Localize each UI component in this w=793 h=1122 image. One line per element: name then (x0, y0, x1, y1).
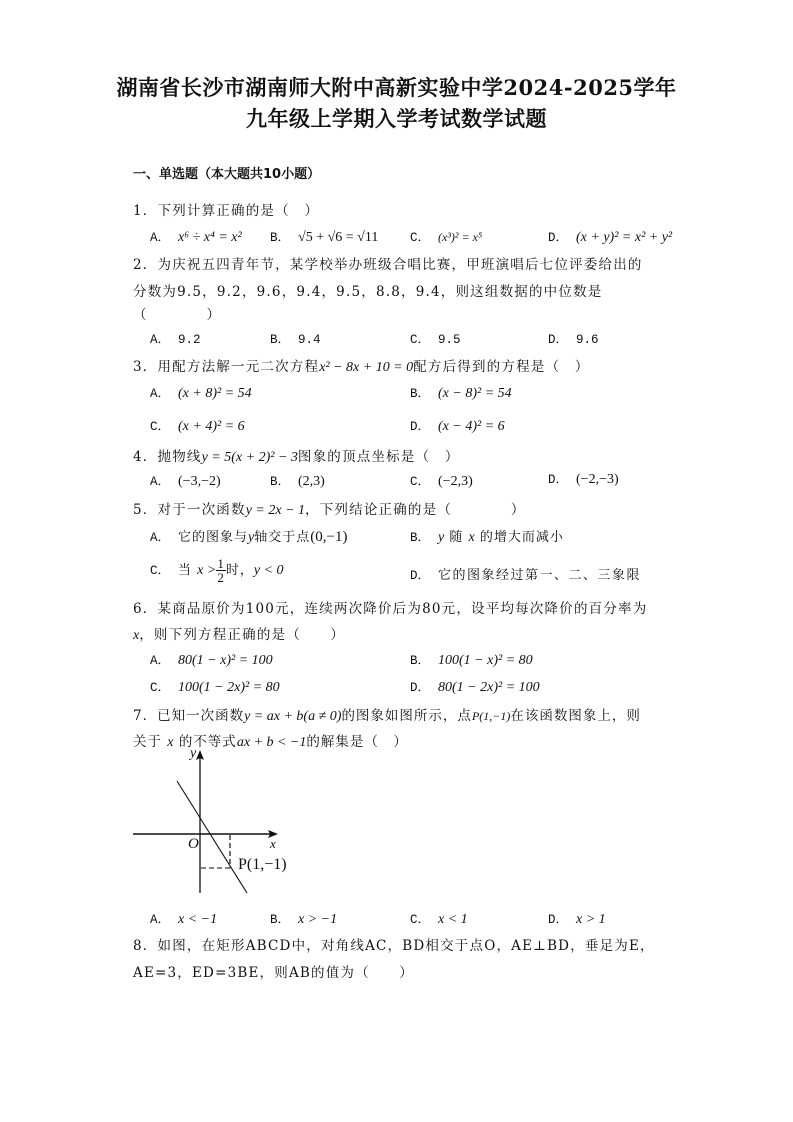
question-4-option-a: A．(−3,−2) (150, 471, 221, 490)
question-6-option-c: C．100(1 − 2x)² = 80 (150, 677, 280, 696)
equation: x² − 8x + 10 = 0 (319, 360, 413, 375)
question-4-stem: 4．抛物线y = 5(x + 2)² − 3图象的顶点坐标是（ ） (133, 445, 460, 466)
question-8-stem-line-1: 8．如图，在矩形ABCD中，对角线AC，BD相交于点O，AE⊥BD，垂足为E， (133, 934, 655, 954)
fraction-one-half: 12 (216, 557, 226, 584)
document-title-line-2: 九年级上学期入学考试数学试题 (0, 103, 793, 133)
question-8-stem-line-2: AE=3，ED=3BE，则AB的值为（ ） (133, 961, 414, 981)
question-4-option-d: D．(−2,−3) (548, 469, 619, 488)
question-6-stem-line-2: x，则下列方程正确的是（ ） (133, 623, 345, 644)
question-5-option-b: B．y 随 x 的增大而减小 (410, 526, 564, 546)
question-1-option-a: A．x⁶ ÷ x⁴ = x² (150, 227, 242, 246)
question-3-option-d: D．(x − 4)² = 6 (410, 416, 505, 435)
question-2-stem-line-1: 2．为庆祝五四青年节，某学校举办班级合唱比赛，甲班演唱后七位评委给出的 (133, 253, 643, 273)
question-7-option-d: D．x > 1 (548, 909, 606, 928)
y-axis-label: y (190, 746, 196, 762)
question-4-option-c: C．(−2,3) (410, 471, 473, 490)
question-1-stem: 1．下列计算正确的是（ ） (133, 199, 319, 219)
question-4-option-b: B．(2,3) (270, 471, 325, 490)
question-7-option-a: A．x < −1 (150, 909, 217, 928)
question-6-option-a: A．80(1 − x)² = 100 (150, 650, 273, 669)
question-2-stem-line-2: 分数为9.5，9.2，9.6，9.4，9.5，8.8，9.4，则这组数据的中位数… (133, 280, 603, 300)
question-5-option-c: C．当 x >12时，y < 0 (150, 557, 284, 584)
question-1-option-d: D．(x + y)² = x² + y² (548, 227, 672, 246)
question-5-stem: 5．对于一次函数y = 2x − 1，下列结论正确的是（ ） (133, 498, 526, 519)
question-3-option-b: B．(x − 8)² = 54 (410, 383, 512, 402)
origin-label: O (188, 836, 199, 853)
x-axis-label: x (270, 836, 276, 852)
question-1-option-b: B．√5 + √6 = √11 (270, 227, 378, 246)
question-7-stem-line-1: 7．已知一次函数y = ax + b(a ≠ 0)的图象如图所示，点P(1,−1… (133, 704, 641, 725)
question-7-option-b: B．x > −1 (270, 909, 337, 928)
point-p-label: P(1,−1) (238, 856, 287, 874)
question-2-option-a: A．9.2 (150, 329, 209, 347)
question-6-option-d: D．80(1 − 2x)² = 100 (410, 677, 540, 696)
question-3-option-c: C．(x + 4)² = 6 (150, 416, 245, 435)
question-7-option-c: C．x < 1 (410, 909, 468, 928)
section-heading: 一、单选题（本大题共10小题） (133, 163, 320, 182)
question-6-stem-line-1: 6．某商品原价为100元，连续两次降价后为80元，设平均每次降价的百分率为 (133, 597, 647, 617)
question-number: 1． (133, 203, 158, 219)
question-6-option-b: B．100(1 − x)² = 80 (410, 650, 533, 669)
question-5-option-a: A．它的图象与y轴交于点(0,−1) (150, 526, 347, 546)
linear-function-graph-icon (130, 748, 310, 898)
question-3-option-a: A．(x + 8)² = 54 (150, 383, 252, 402)
question-5-option-d: D．它的图象经过第一、二、三象限 (410, 564, 641, 583)
question-2-option-b: B．9.4 (270, 329, 329, 347)
question-2-answer-blank: （ ） (133, 303, 221, 323)
document-title-line-1: 湖南省长沙市湖南师大附中高新实验中学2024-2025学年 (0, 72, 793, 102)
question-1-option-c: C．(x³)² = x⁵ (410, 227, 482, 245)
question-2-option-c: C．9.5 (410, 329, 469, 347)
question-3-stem: 3．用配方法解一元二次方程x² − 8x + 10 = 0配方后得到的方程是（ … (133, 355, 590, 376)
question-7-graph: y x O P(1,−1) (130, 748, 310, 902)
question-2-option-d: D．9.6 (548, 329, 607, 347)
